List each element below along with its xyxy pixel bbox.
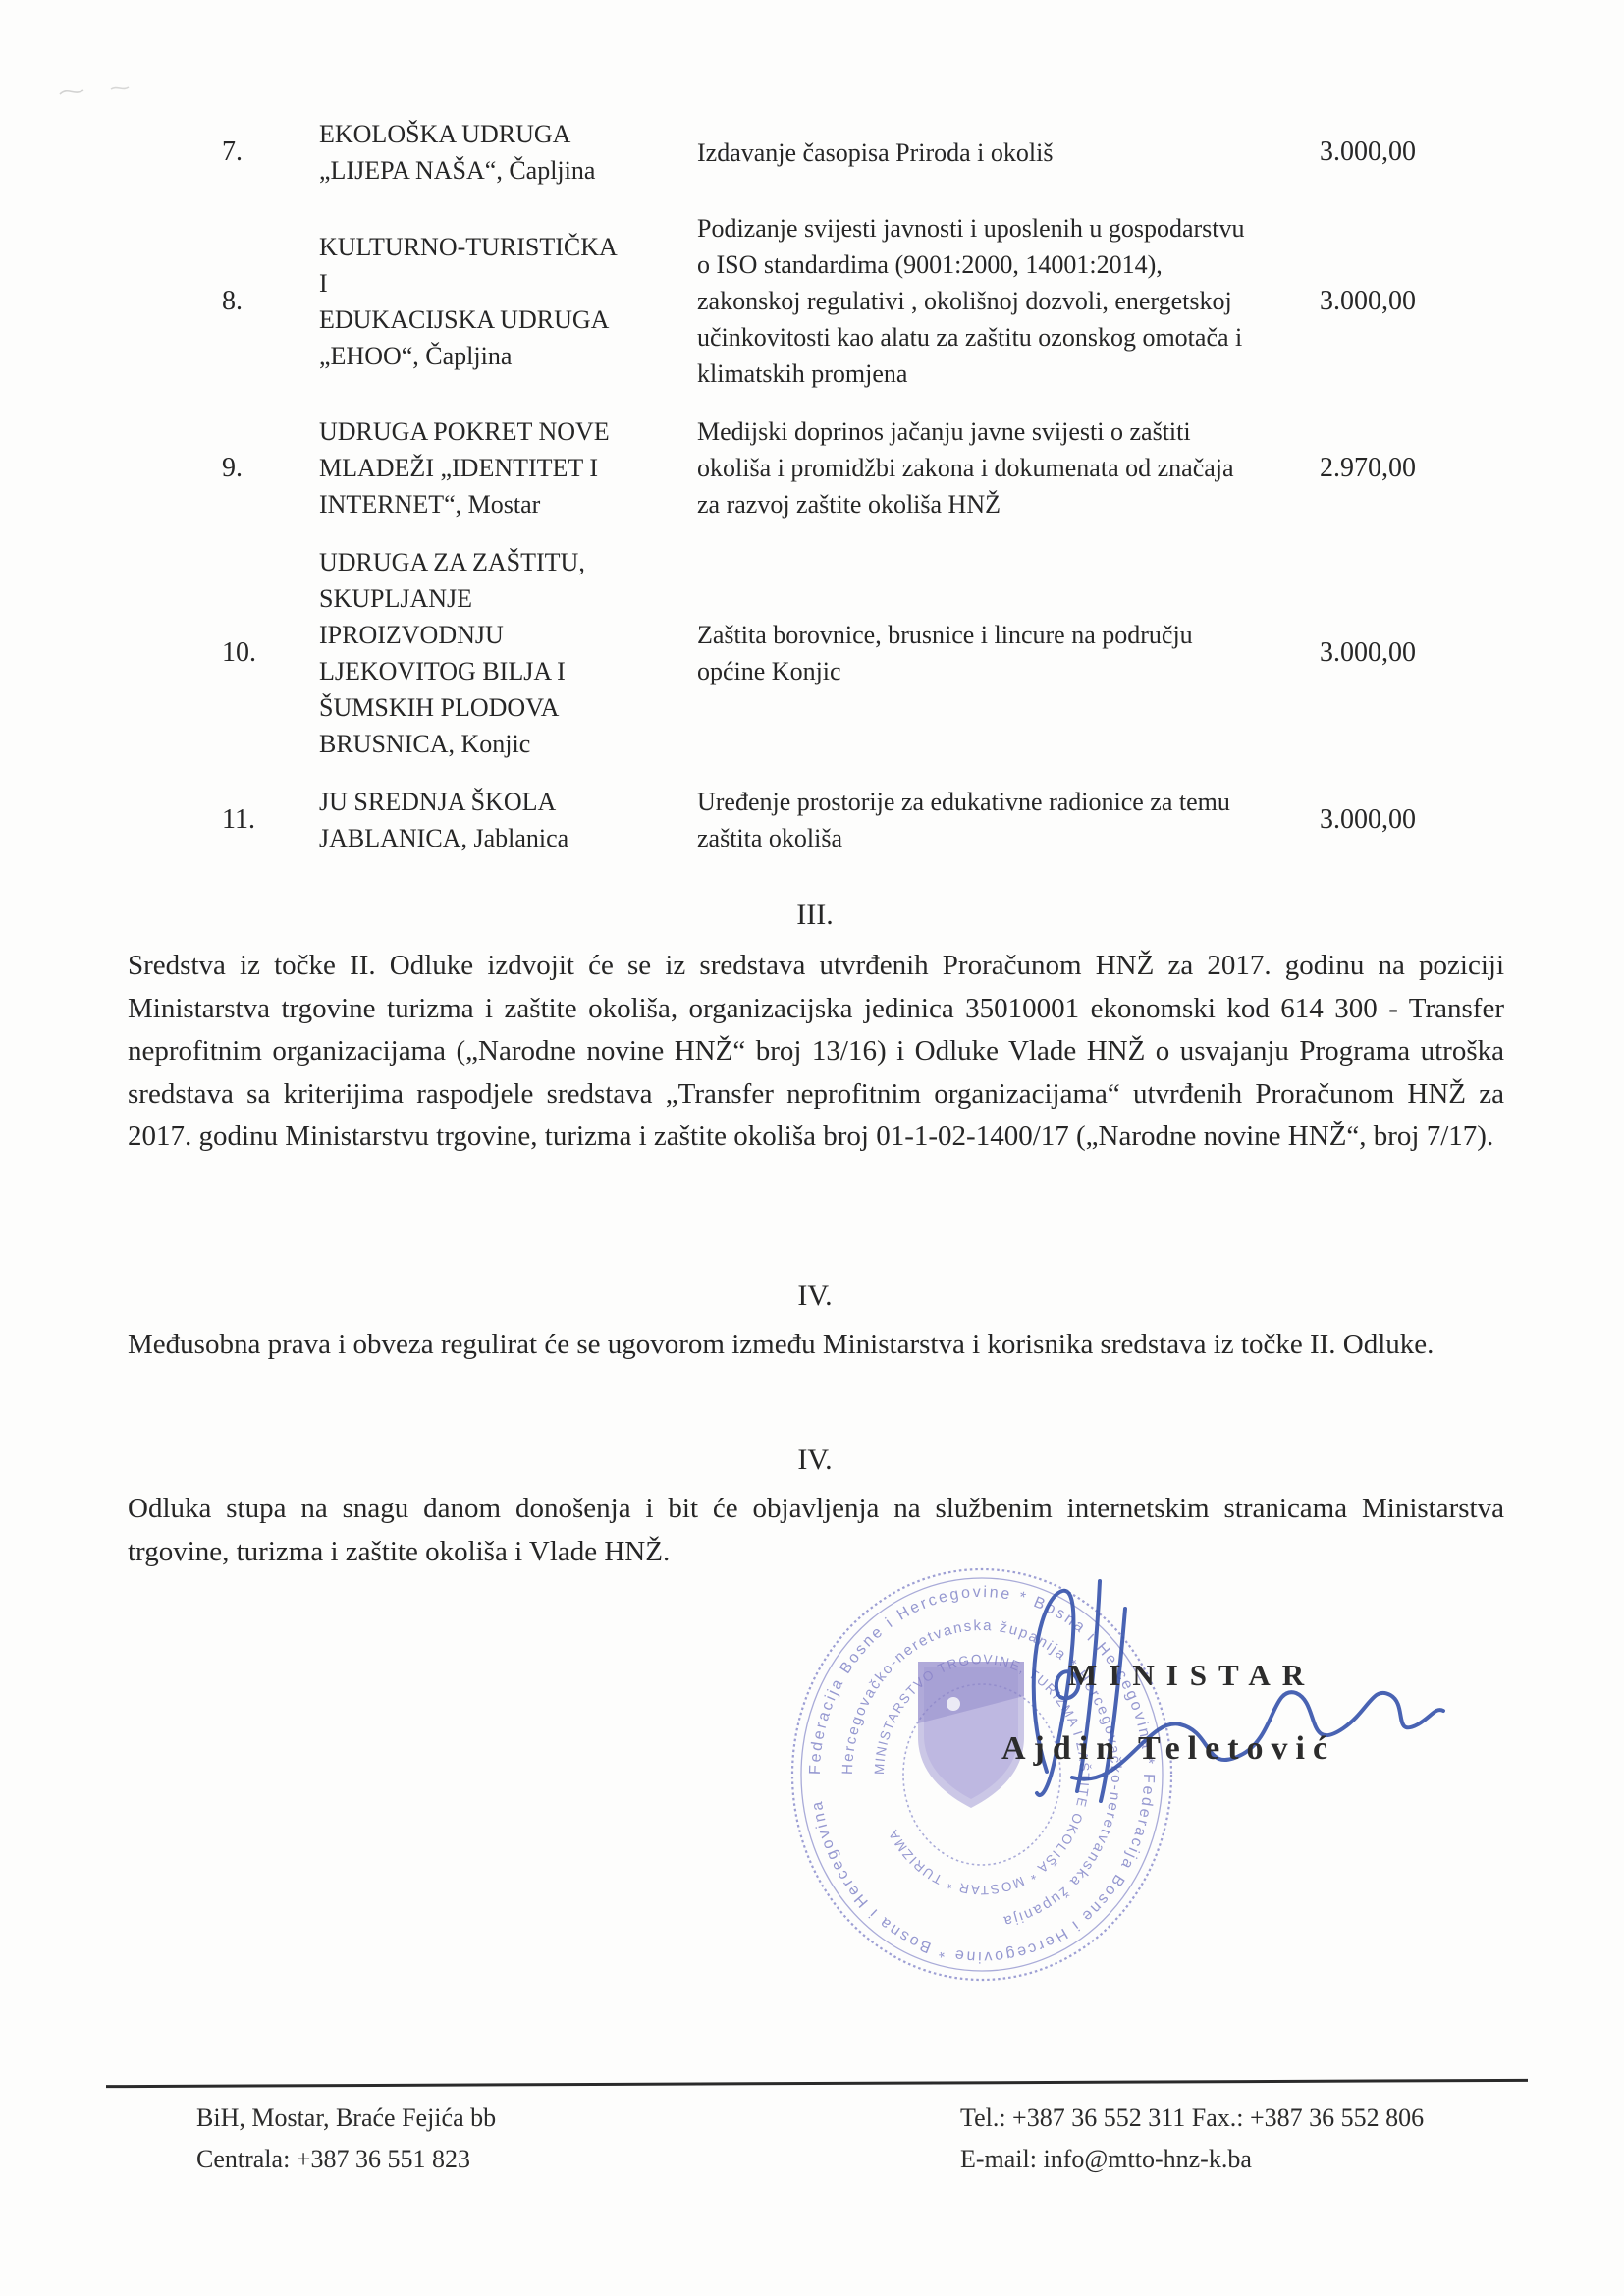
table-row: 10. UDRUGA ZA ZAŠTITU, SKUPLJANJE IPROIZ… xyxy=(128,544,1502,762)
row-number: 9. xyxy=(128,453,245,484)
footer-email-line: E-mail: info@mtto-hnz-k.ba xyxy=(960,2139,1424,2180)
organization-name: KULTURNO-TURISTIČKA I EDUKACIJSKA UDRUGA… xyxy=(245,229,628,374)
footer-phone-line: Centrala: +387 36 551 823 xyxy=(196,2139,496,2180)
project-description: Medijski doprinos jačanju javne svijesti… xyxy=(628,413,1247,522)
project-description: Izdavanje časopisa Priroda i okoliš xyxy=(628,135,1247,171)
amount-value: 3.000,00 xyxy=(1247,286,1502,317)
footer-address-block: BiH, Mostar, Braće Fejića bb Centrala: +… xyxy=(196,2098,496,2180)
row-number: 8. xyxy=(128,286,245,317)
minister-title: MINISTAR xyxy=(1068,1658,1316,1693)
scanned-decision-page: 7. EKOLOŠKA UDRUGA „LIJEPA NAŠA“, Čaplji… xyxy=(0,0,1624,2296)
organization-name: UDRUGA POKRET NOVE MLADEŽI „IDENTITET I … xyxy=(245,413,628,522)
section-body-3: Sredstva iz točke II. Odluke izdvojit će… xyxy=(128,945,1504,1159)
pencil-mark-artifact xyxy=(54,77,142,110)
table-row: 9. UDRUGA POKRET NOVE MLADEŽI „IDENTITET… xyxy=(128,413,1502,522)
grants-table: 7. EKOLOŠKA UDRUGA „LIJEPA NAŠA“, Čaplji… xyxy=(128,116,1502,856)
table-row: 11. JU SREDNJA ŠKOLA JABLANICA, Jablanic… xyxy=(128,784,1502,856)
amount-value: 2.970,00 xyxy=(1247,453,1502,484)
project-description: Zaštita borovnice, brusnice i lincure na… xyxy=(628,617,1247,689)
section-body-4b: Odluka stupa na snagu danom donošenja i … xyxy=(128,1488,1504,1573)
section-body-4a: Međusobna prava i obveza regulirat će se… xyxy=(128,1324,1504,1367)
minister-signature xyxy=(952,1567,1463,1832)
footer-contact-block: Tel.: +387 36 552 311 Fax.: +387 36 552 … xyxy=(960,2098,1424,2180)
amount-value: 3.000,00 xyxy=(1247,137,1502,168)
project-description: Podizanje svijesti javnosti i uposlenih … xyxy=(628,210,1247,392)
organization-name: UDRUGA ZA ZAŠTITU, SKUPLJANJE IPROIZVODN… xyxy=(245,544,628,762)
section-heading-3: III. xyxy=(128,899,1502,932)
row-number: 11. xyxy=(128,804,245,836)
row-number: 7. xyxy=(128,137,245,168)
footer-divider xyxy=(106,2079,1528,2088)
organization-name: JU SREDNJA ŠKOLA JABLANICA, Jablanica xyxy=(245,784,628,856)
row-number: 10. xyxy=(128,637,245,669)
minister-name: Ajdin Teletović xyxy=(1001,1730,1335,1768)
footer-telfax-line: Tel.: +387 36 552 311 Fax.: +387 36 552 … xyxy=(960,2098,1424,2139)
footer-address-line: BiH, Mostar, Braće Fejića bb xyxy=(196,2098,496,2139)
section-heading-4a: IV. xyxy=(128,1280,1502,1313)
amount-value: 3.000,00 xyxy=(1247,804,1502,836)
table-row: 8. KULTURNO-TURISTIČKA I EDUKACIJSKA UDR… xyxy=(128,210,1502,392)
section-heading-4b: IV. xyxy=(128,1444,1502,1477)
amount-value: 3.000,00 xyxy=(1247,637,1502,669)
project-description: Uređenje prostorije za edukativne radion… xyxy=(628,784,1247,856)
organization-name: EKOLOŠKA UDRUGA „LIJEPA NAŠA“, Čapljina xyxy=(245,116,628,189)
table-row: 7. EKOLOŠKA UDRUGA „LIJEPA NAŠA“, Čaplji… xyxy=(128,116,1502,189)
